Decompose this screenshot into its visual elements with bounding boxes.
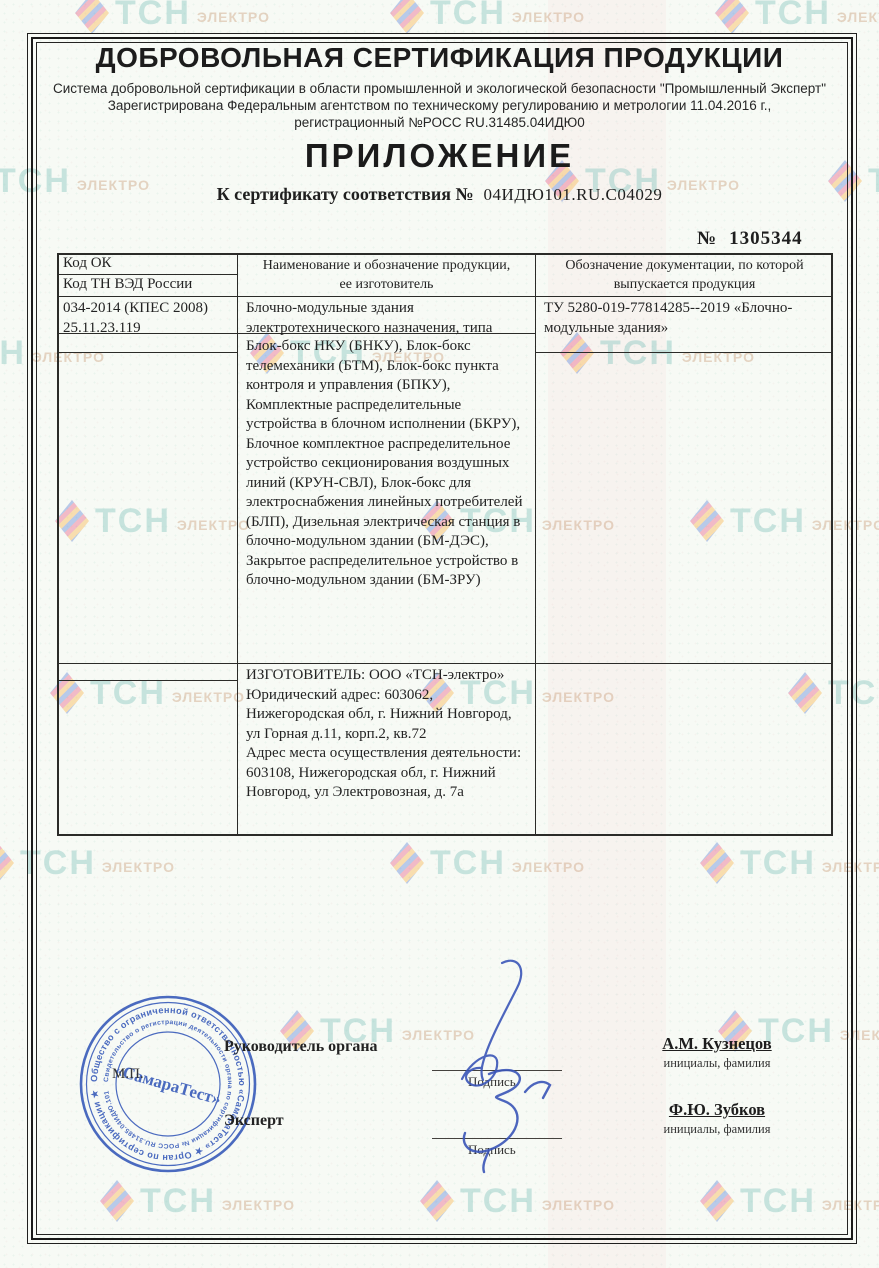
cell-documentation: ТУ 5280-019-77814285--2019 «Блочно-модул… (544, 299, 826, 338)
stamp-place-note: М.П. (112, 1066, 144, 1083)
table-line-col1-strip (57, 352, 237, 353)
header-code-tnved: Код ТН ВЭД России (63, 275, 231, 295)
table-border-right (831, 253, 833, 836)
document-page: ТСНЭЛЕКТРОТСНЭЛЕКТРОТСНЭЛЕКТРОТСНЭЛЕКТРО… (0, 0, 879, 1268)
role-head-of-body: Руководитель органа (224, 1038, 378, 1056)
table-line-header-bottom (57, 296, 833, 297)
signatory-1-caption: инициалы, фамилия (642, 1056, 792, 1071)
product-table: Код ОК Код ТН ВЭД России Наименование и … (57, 253, 833, 836)
watermark-sub-text: ЭЛЕКТРО (837, 10, 879, 24)
watermark-sub-text: ЭЛЕКТРО (197, 10, 270, 24)
signatory-1-name: А.М. Кузнецов (642, 1034, 792, 1054)
cell-code-tnved: 25.11.23.119 (63, 319, 235, 339)
table-line-col1-strip2 (57, 680, 237, 681)
appendix-title: ПРИЛОЖЕНИЕ (0, 137, 879, 175)
header-product-name: Наименование и обозначение продукции, ее… (238, 253, 535, 294)
page-title: ДОБРОВОЛЬНАЯ СЕРТИФИКАЦИЯ ПРОДУКЦИИ (0, 42, 879, 74)
signatory-2-caption: инициалы, фамилия (642, 1122, 792, 1137)
watermark-brand-text: ТСН (0, 336, 26, 370)
subtitle-line-3: регистрационный №РОСС RU.31485.04ИДЮ0 (0, 114, 879, 131)
table-border-left (57, 253, 59, 836)
handwritten-signature-2 (425, 1060, 590, 1175)
signatory-2-block: Ф.Ю. Зубков инициалы, фамилия (642, 1100, 792, 1137)
watermark-brand-text: ТСН (115, 0, 191, 30)
form-number-value: 1305344 (729, 228, 803, 249)
header-code-ok: Код ОК (63, 254, 231, 274)
cell-products-list: Блок-бокс НКУ (БНКУ), Блок-бокс телемеха… (246, 337, 528, 591)
certificate-label: К сертификату соответствия № (217, 184, 474, 204)
form-number-sign: № (697, 228, 717, 249)
table-line-manufacturer-top (57, 663, 833, 664)
table-border-bottom (57, 834, 833, 836)
form-number: №1305344 (697, 228, 803, 250)
tsn-elektro-watermark: ТСНЭЛЕКТРО (75, 0, 270, 34)
certificate-number: 04ИДЮ101.RU.C04029 (484, 185, 663, 204)
cell-product-type: Блочно-модульные здания электротехническ… (246, 299, 528, 338)
table-line-doc-bottom (535, 352, 833, 353)
signatory-1-block: А.М. Кузнецов инициалы, фамилия (642, 1034, 792, 1071)
tsn-elektro-watermark: ТСНЭЛЕКТРО (715, 0, 879, 34)
pinwheel-logo-icon (75, 0, 109, 34)
cell-code-ok: 034-2014 (КПЕС 2008) (63, 299, 235, 319)
certificate-line: К сертификату соответствия №04ИДЮ101.RU.… (0, 184, 879, 205)
pinwheel-logo-icon (715, 0, 749, 34)
pinwheel-logo-icon (0, 842, 14, 884)
pinwheel-logo-icon (390, 0, 424, 34)
signatory-2-name: Ф.Ю. Зубков (642, 1100, 792, 1120)
table-col-divider-2 (535, 253, 536, 836)
samaratest-stamp: Общество с ограниченной ответственностью… (77, 993, 259, 1175)
subtitle-line-1: Система добровольной сертификации в обла… (0, 80, 879, 97)
subtitle-line-2: Зарегистрирована Федеральным агентством … (0, 97, 879, 114)
watermark-brand-text: ТСН (755, 0, 831, 30)
role-expert: Эксперт (224, 1112, 284, 1130)
cell-manufacturer: ИЗГОТОВИТЕЛЬ: ООО «ТСН-электро» Юридичес… (246, 666, 528, 803)
table-col-divider-1 (237, 253, 238, 836)
header-documentation: Обозначение документации, по которой вып… (536, 253, 833, 294)
watermark-brand-text: ТСН (430, 0, 506, 30)
